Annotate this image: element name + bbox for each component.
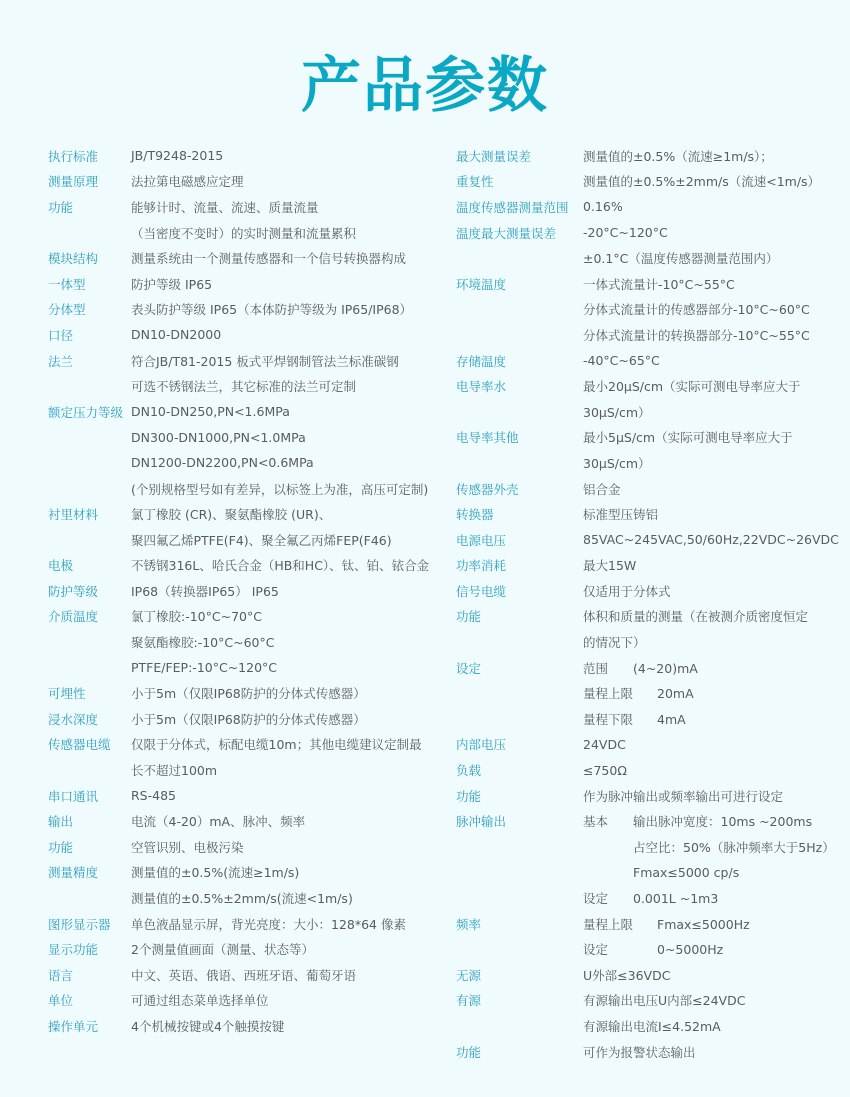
- spec-row: 法兰符合JB/T81-2015 板式平焊钢制管法兰标准碳钢: [48, 348, 448, 374]
- spec-row: 信号电缆仅适用于分体式: [456, 578, 846, 604]
- spec-row: 操作单元4个机械按键或4个触摸按键: [48, 1013, 448, 1039]
- spec-value: Fmax≤5000 cp/s: [583, 865, 739, 880]
- spec-row: DN300-DN1000,PN<1.0MPa: [48, 425, 448, 451]
- spec-row: 存储温度-40°C~65°C: [456, 348, 846, 374]
- spec-row: ±0.1°C（温度传感器测量范围内）: [456, 245, 846, 271]
- spec-sub-value: 0~5000Hz: [657, 942, 723, 957]
- spec-row: DN1200-DN2200,PN<0.6MPa: [48, 450, 448, 476]
- spec-sub-key: 量程上限: [583, 915, 657, 933]
- spec-column-left: 执行标准JB/T9248-2015测量原理法拉第电磁感应定理功能能够计时、流量、…: [48, 143, 448, 1039]
- spec-value: DN300-DN1000,PN<1.0MPa: [131, 430, 306, 445]
- spec-row: 设定0~5000Hz: [456, 936, 846, 962]
- spec-label: 防护等级: [48, 582, 131, 600]
- spec-value: 测量值的±0.5%（流速≥1m/s）；: [583, 147, 773, 165]
- spec-value: 单色液晶显示屏，背光亮度：大小：128*64 像素: [131, 915, 406, 933]
- spec-value: 可作为报警状态输出: [583, 1043, 696, 1061]
- page-title: 产品参数: [0, 46, 850, 126]
- spec-value: 作为脉冲输出或频率输出可进行设定: [583, 787, 783, 805]
- spec-sub-key: 量程上限: [583, 684, 657, 702]
- spec-row: 衬里材料氯丁橡胶 (CR)、聚氨酯橡胶 (UR)、: [48, 501, 448, 527]
- spec-value: 表头防护等级 IP65（本体防护等级为 IP65/IP68）: [131, 300, 412, 318]
- spec-label: 传感器电缆: [48, 735, 131, 753]
- spec-value: IP68（转换器IP65） IP65: [131, 582, 279, 600]
- spec-row: 图形显示器单色液晶显示屏，背光亮度：大小：128*64 像素: [48, 911, 448, 937]
- spec-value: 4个机械按键或4个触摸按键: [131, 1017, 284, 1035]
- spec-value: 范围(4~20)mA: [583, 659, 698, 677]
- spec-label: 测量精度: [48, 863, 131, 881]
- spec-value: 量程下限4mA: [583, 710, 686, 728]
- spec-row: 口径DN10-DN2000: [48, 322, 448, 348]
- spec-row: 功能空管识别、电极污染: [48, 834, 448, 860]
- spec-value: 空管识别、电极污染: [131, 838, 244, 856]
- spec-value: 测量值的±0.5%(流速≥1m/s): [131, 863, 299, 881]
- spec-value: DN10-DN2000: [131, 327, 221, 342]
- spec-row: 串口通讯RS-485: [48, 783, 448, 809]
- spec-value: 0.16%: [583, 199, 623, 214]
- spec-label: 信号电缆: [456, 582, 583, 600]
- spec-value: -40°C~65°C: [583, 353, 660, 368]
- spec-row: 负载≤750Ω: [456, 757, 846, 783]
- spec-row: 分体式流量计的转换器部分-10°C~55°C: [456, 322, 846, 348]
- spec-sub-key: 基本: [583, 812, 633, 830]
- spec-value: 30μS/cm）: [583, 403, 651, 421]
- spec-label: 输出: [48, 812, 131, 830]
- spec-value: 最小5μS/cm（实际可测电导率应大于: [583, 428, 793, 446]
- spec-value: 聚氨酯橡胶:-10°C~60°C: [131, 633, 274, 651]
- spec-row: 30μS/cm）: [456, 450, 846, 476]
- spec-row: 脉冲输出基本输出脉冲宽度：10ms ~200ms: [456, 808, 846, 834]
- spec-value: 分体式流量计的传感器部分-10°C~60°C: [583, 300, 810, 318]
- spec-value: 氯丁橡胶:-10°C~70°C: [131, 607, 262, 625]
- spec-value: DN10-DN250,PN<1.6MPa: [131, 404, 290, 419]
- spec-value: 标准型压铸铝: [583, 505, 658, 523]
- spec-value: ≤750Ω: [583, 763, 627, 778]
- spec-value: RS-485: [131, 788, 176, 803]
- spec-row: 量程上限20mA: [456, 680, 846, 706]
- spec-label: 存储温度: [456, 352, 583, 370]
- spec-label: 电源电压: [456, 531, 583, 549]
- spec-label: 显示功能: [48, 940, 131, 958]
- spec-value: 测量值的±0.5%±2mm/s（流速<1m/s）: [583, 172, 820, 190]
- spec-label: 环境温度: [456, 275, 583, 293]
- spec-row: 长不超过100m: [48, 757, 448, 783]
- spec-row: 聚四氟乙烯PTFE(F4)、聚全氟乙丙烯FEP(F46): [48, 527, 448, 553]
- spec-label: 传感器外壳: [456, 480, 583, 498]
- spec-row: 频率量程上限Fmax≤5000Hz: [456, 911, 846, 937]
- spec-label: 操作单元: [48, 1017, 131, 1035]
- spec-value: 仅适用于分体式: [583, 582, 671, 600]
- spec-row: 测量精度测量值的±0.5%(流速≥1m/s): [48, 860, 448, 886]
- spec-row: 电源电压85VAC~245VAC,50/60Hz,22VDC~26VDC: [456, 527, 846, 553]
- spec-row: 转换器标准型压铸铝: [456, 501, 846, 527]
- spec-sub-key: 量程下限: [583, 710, 657, 728]
- spec-value: （当密度不变时）的实时测量和流量累积: [131, 224, 356, 242]
- spec-row: 分体式流量计的传感器部分-10°C~60°C: [456, 297, 846, 323]
- spec-label: 有源: [456, 991, 583, 1009]
- spec-value: 设定0~5000Hz: [583, 940, 723, 958]
- spec-row: 执行标准JB/T9248-2015: [48, 143, 448, 169]
- spec-value: 测量值的±0.5%±2mm/s(流速<1m/s): [131, 889, 353, 907]
- spec-value: 体积和质量的测量（在被测介质密度恒定: [583, 607, 808, 625]
- spec-row: 分体型表头防护等级 IP65（本体防护等级为 IP65/IP68）: [48, 297, 448, 323]
- spec-sub-value: Fmax≤5000Hz: [657, 917, 750, 932]
- spec-row: 功能作为脉冲输出或频率输出可进行设定: [456, 783, 846, 809]
- spec-row: 测量原理法拉第电磁感应定理: [48, 169, 448, 195]
- spec-row: 聚氨酯橡胶:-10°C~60°C: [48, 629, 448, 655]
- spec-label: 温度传感器测量范围: [456, 198, 583, 216]
- spec-row: 功率消耗最大15W: [456, 553, 846, 579]
- spec-label: 模块结构: [48, 249, 131, 267]
- spec-label: 串口通讯: [48, 787, 131, 805]
- spec-row: 无源U外部≤36VDC: [456, 962, 846, 988]
- spec-value: 一体式流量计-10°C~55°C: [583, 275, 735, 293]
- spec-row: 重复性测量值的±0.5%±2mm/s（流速<1m/s）: [456, 169, 846, 195]
- spec-value: 可选不锈钢法兰，其它标准的法兰可定制: [131, 377, 356, 395]
- spec-row: 显示功能2个测量值画面（测量、状态等）: [48, 936, 448, 962]
- spec-value: JB/T9248-2015: [131, 148, 223, 163]
- spec-sub-value: 0.001L ~1m3: [633, 891, 718, 906]
- spec-row: 一体型防护等级 IP65: [48, 271, 448, 297]
- spec-sub-value: 20mA: [657, 686, 694, 701]
- spec-label: 功能: [456, 1043, 583, 1061]
- spec-value: 设定0.001L ~1m3: [583, 889, 718, 907]
- spec-row: (个别规格型号如有差异，以标签上为准，高压可定制): [48, 476, 448, 502]
- spec-value: 铝合金: [583, 480, 621, 498]
- spec-label: 功能: [48, 198, 131, 216]
- spec-value: 分体式流量计的转换器部分-10°C~55°C: [583, 326, 810, 344]
- spec-value: -20°C~120°C: [583, 225, 668, 240]
- spec-row: 额定压力等级DN10-DN250,PN<1.6MPa: [48, 399, 448, 425]
- spec-row: 占空比：50%（脉冲频率大于5Hz）: [456, 834, 846, 860]
- spec-label: 功率消耗: [456, 556, 583, 574]
- spec-value: 能够计时、流量、流速、质量流量: [131, 198, 319, 216]
- spec-row: 有源有源输出电压U内部≤24VDC: [456, 988, 846, 1014]
- spec-row: 量程下限4mA: [456, 706, 846, 732]
- spec-value: (个别规格型号如有差异，以标签上为准，高压可定制): [131, 480, 428, 498]
- spec-value: 不锈钢316L、哈氏合金（HB和HC）、钛、铂、铱合金: [131, 556, 429, 574]
- spec-row: 功能可作为报警状态输出: [456, 1039, 846, 1065]
- spec-value: U外部≤36VDC: [583, 966, 670, 984]
- spec-row: 传感器外壳铝合金: [456, 476, 846, 502]
- spec-value: 可通过组态菜单选择单位: [131, 991, 269, 1009]
- spec-row: 有源输出电流I≤4.52mA: [456, 1013, 846, 1039]
- spec-label: 电极: [48, 556, 131, 574]
- spec-row: 语言中文、英语、俄语、西班牙语、葡萄牙语: [48, 962, 448, 988]
- spec-row: Fmax≤5000 cp/s: [456, 860, 846, 886]
- spec-value: PTFE/FEP:-10°C~120°C: [131, 660, 277, 675]
- spec-label: 单位: [48, 991, 131, 1009]
- spec-value: 有源输出电压U内部≤24VDC: [583, 991, 745, 1009]
- spec-row: 电导率其他最小5μS/cm（实际可测电导率应大于: [456, 425, 846, 451]
- spec-label: 介质温度: [48, 607, 131, 625]
- spec-value: 符合JB/T81-2015 板式平焊钢制管法兰标准碳钢: [131, 352, 399, 370]
- spec-label: 最大测量误差: [456, 147, 583, 165]
- spec-value: 最小20μS/cm（实际可测电导率应大于: [583, 377, 801, 395]
- spec-value: 30μS/cm）: [583, 454, 651, 472]
- spec-label: 功能: [456, 607, 583, 625]
- spec-column-right: 最大测量误差测量值的±0.5%（流速≥1m/s）；重复性测量值的±0.5%±2m…: [456, 143, 846, 1064]
- spec-sub-value: 输出脉冲宽度：10ms ~200ms: [633, 812, 812, 830]
- spec-row: 单位可通过组态菜单选择单位: [48, 988, 448, 1014]
- spec-value: 最大15W: [583, 556, 636, 574]
- spec-value: ±0.1°C（温度传感器测量范围内）: [583, 249, 778, 267]
- spec-label: 图形显示器: [48, 915, 131, 933]
- spec-value: 测量系统由一个测量传感器和一个信号转换器构成: [131, 249, 406, 267]
- spec-row: 介质温度氯丁橡胶:-10°C~70°C: [48, 604, 448, 630]
- spec-value: 占空比：50%（脉冲频率大于5Hz）: [583, 838, 835, 856]
- spec-label: 分体型: [48, 300, 131, 318]
- spec-value: 量程上限20mA: [583, 684, 694, 702]
- spec-label: 口径: [48, 326, 131, 344]
- spec-row: 测量值的±0.5%±2mm/s(流速<1m/s): [48, 885, 448, 911]
- spec-label: 内部电压: [456, 735, 583, 753]
- spec-value: 长不超过100m: [131, 761, 217, 779]
- spec-value: 有源输出电流I≤4.52mA: [583, 1017, 721, 1035]
- spec-row: 内部电压24VDC: [456, 732, 846, 758]
- spec-row: 温度最大测量误差-20°C~120°C: [456, 220, 846, 246]
- spec-row: （当密度不变时）的实时测量和流量累积: [48, 220, 448, 246]
- spec-label: 法兰: [48, 352, 131, 370]
- spec-row: 可埋性小于5m（仅限IP68防护的分体式传感器）: [48, 680, 448, 706]
- spec-label: 设定: [456, 659, 583, 677]
- spec-row: 设定范围(4~20)mA: [456, 655, 846, 681]
- spec-label: 功能: [456, 787, 583, 805]
- spec-sub-key: 范围: [583, 659, 633, 677]
- spec-label: 语言: [48, 966, 131, 984]
- spec-value: 小于5m（仅限IP68防护的分体式传感器）: [131, 710, 366, 728]
- spec-value: 小于5m（仅限IP68防护的分体式传感器）: [131, 684, 366, 702]
- spec-label: 转换器: [456, 505, 583, 523]
- spec-row: 设定0.001L ~1m3: [456, 885, 846, 911]
- spec-row: 传感器电缆仅限于分体式，标配电缆10m；其他电缆建议定制最: [48, 732, 448, 758]
- spec-value: 仅限于分体式，标配电缆10m；其他电缆建议定制最: [131, 735, 422, 753]
- spec-row: 环境温度一体式流量计-10°C~55°C: [456, 271, 846, 297]
- spec-value: 中文、英语、俄语、西班牙语、葡萄牙语: [131, 966, 356, 984]
- spec-row: 输出电流（4-20）mA、脉冲、频率: [48, 808, 448, 834]
- spec-label: 浸水深度: [48, 710, 131, 728]
- spec-label: 负载: [456, 761, 583, 779]
- spec-row: 温度传感器测量范围0.16%: [456, 194, 846, 220]
- spec-sub-key: 设定: [583, 889, 633, 907]
- spec-label: 温度最大测量误差: [456, 224, 583, 242]
- spec-row: 功能体积和质量的测量（在被测介质密度恒定: [456, 604, 846, 630]
- spec-label: 一体型: [48, 275, 131, 293]
- spec-value: 量程上限Fmax≤5000Hz: [583, 915, 750, 933]
- spec-label: 电导率水: [456, 377, 583, 395]
- spec-label: 测量原理: [48, 172, 131, 190]
- spec-row: PTFE/FEP:-10°C~120°C: [48, 655, 448, 681]
- spec-sub-key: 设定: [583, 940, 657, 958]
- spec-value: 基本输出脉冲宽度：10ms ~200ms: [583, 812, 812, 830]
- spec-value: 24VDC: [583, 737, 626, 752]
- spec-label: 衬里材料: [48, 505, 131, 523]
- spec-row: 浸水深度小于5m（仅限IP68防护的分体式传感器）: [48, 706, 448, 732]
- spec-row: 防护等级IP68（转换器IP65） IP65: [48, 578, 448, 604]
- spec-label: 执行标准: [48, 147, 131, 165]
- spec-value: 电流（4-20）mA、脉冲、频率: [131, 812, 305, 830]
- spec-row: 最大测量误差测量值的±0.5%（流速≥1m/s）；: [456, 143, 846, 169]
- spec-label: 额定压力等级: [48, 403, 131, 421]
- spec-label: 无源: [456, 966, 583, 984]
- spec-value: 法拉第电磁感应定理: [131, 172, 244, 190]
- spec-row: 电导率水最小20μS/cm（实际可测电导率应大于: [456, 373, 846, 399]
- spec-label: 脉冲输出: [456, 812, 583, 830]
- spec-value: 2个测量值画面（测量、状态等）: [131, 940, 314, 958]
- spec-row: 30μS/cm）: [456, 399, 846, 425]
- spec-row: 可选不锈钢法兰，其它标准的法兰可定制: [48, 373, 448, 399]
- spec-value: 的情况下）: [583, 633, 646, 651]
- spec-label: 电导率其他: [456, 428, 583, 446]
- spec-label: 功能: [48, 838, 131, 856]
- spec-value: 聚四氟乙烯PTFE(F4)、聚全氟乙丙烯FEP(F46): [131, 531, 392, 549]
- spec-sub-value: 4mA: [657, 712, 686, 727]
- spec-value: 防护等级 IP65: [131, 275, 212, 293]
- spec-label: 可埋性: [48, 684, 131, 702]
- spec-sub-value: 占空比：50%（脉冲频率大于5Hz）: [633, 838, 835, 856]
- spec-value: DN1200-DN2200,PN<0.6MPa: [131, 455, 314, 470]
- spec-row: 模块结构测量系统由一个测量传感器和一个信号转换器构成: [48, 245, 448, 271]
- spec-sub-value: Fmax≤5000 cp/s: [633, 865, 739, 880]
- spec-value: 85VAC~245VAC,50/60Hz,22VDC~26VDC: [583, 532, 839, 547]
- spec-label: 重复性: [456, 172, 583, 190]
- spec-sub-value: (4~20)mA: [633, 661, 698, 676]
- spec-value: 氯丁橡胶 (CR)、聚氨酯橡胶 (UR)、: [131, 505, 331, 523]
- spec-row: 功能能够计时、流量、流速、质量流量: [48, 194, 448, 220]
- spec-row: 电极不锈钢316L、哈氏合金（HB和HC）、钛、铂、铱合金: [48, 553, 448, 579]
- spec-row: 的情况下）: [456, 629, 846, 655]
- spec-label: 频率: [456, 915, 583, 933]
